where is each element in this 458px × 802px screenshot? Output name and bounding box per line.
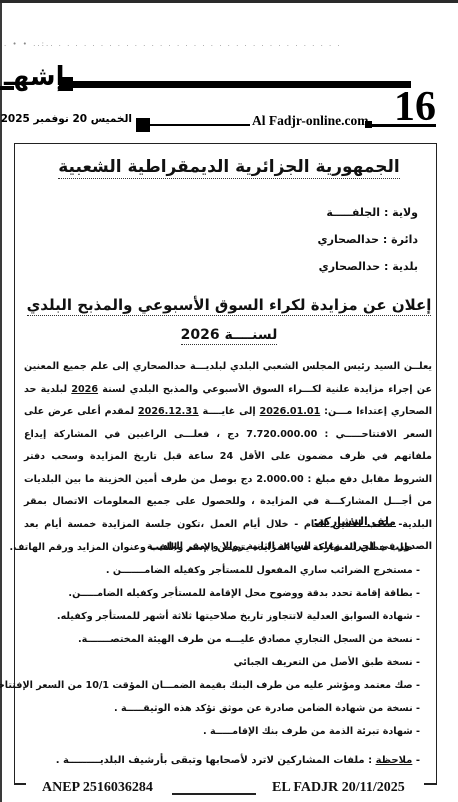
header-rule-bottom — [150, 124, 250, 126]
requirement-item: - مستخرج الضرائب ساري المفعول للمستأجر و… — [60, 559, 420, 582]
requirement-item: - صك معتمد ومؤشر عليه من طرف البنك بقيمة… — [60, 674, 420, 697]
notice-title-text: إعلان عن مزايدة لكراء السوق الأسبوعي وال… — [27, 296, 432, 316]
scan-noise: . • • ..:.. . . . . . . . . . . . . . . … — [4, 40, 384, 48]
admin-label: ولاية : — [384, 206, 418, 219]
requirement-item: - نسخة من شهادة الضامن صادرة عن موثق تؤك… — [60, 697, 420, 720]
notice-year: لسنــــة 2026 — [0, 327, 458, 343]
requirement-item: - طلب خطي للمشاركة في المزايدة يتضمن الإ… — [60, 536, 420, 559]
to-label: إلى غايــــة — [203, 406, 256, 417]
notice-text-2: لمقدم أعلى عرض على السعر الافتتاحـــــي … — [24, 406, 432, 552]
requirement-item: - نسخة من السجل التجاري مصادق عليـــه من… — [60, 628, 420, 651]
header-rule-square-bottom — [136, 118, 150, 132]
admin-value: الجلفـــــة — [326, 206, 380, 219]
republic-title: الجمهورية الجزائرية الديمقراطية الشعبية — [0, 157, 458, 177]
admin-value: حدالصحاري — [318, 233, 380, 246]
newspaper-date-reference: EL FADJR 20/11/2025 — [272, 780, 405, 796]
section-label-underline — [0, 86, 14, 90]
note-label: ملاحظة — [376, 755, 413, 766]
admin-value: حدالصحاري — [319, 260, 381, 273]
header-rule-square-top — [59, 77, 73, 91]
notice-year-underlined: 2026 — [71, 384, 98, 395]
admin-label: بلدية : — [384, 260, 418, 273]
notice-paragraph: يعلــن السيد رئيس المجلس الشعبي البلدي ل… — [24, 356, 432, 559]
note-line: - ملاحظة : ملفات المشاركين لاترد لأصحابه… — [60, 755, 420, 766]
page-number-underline — [370, 124, 436, 127]
scan-top-edge — [0, 0, 458, 3]
notice-year-text: لسنــــة 2026 — [181, 327, 278, 345]
anep-reference: ANEP 2516036284 — [42, 780, 153, 796]
requirement-item: - شهادة السوابق العدلية لاتتجاوز تاريخ ص… — [60, 605, 420, 628]
start-date: 2026.01.01 — [260, 406, 321, 417]
requirements-list: - طلب خطي للمشاركة في المزايدة يتضمن الإ… — [60, 536, 420, 743]
note-dash: - — [412, 755, 420, 766]
republic-title-text: الجمهورية الجزائرية الديمقراطية الشعبية — [58, 157, 400, 179]
ad-footer-divider — [172, 793, 256, 795]
requirement-item: - نسخة طبق الأصل من التعريف الجبائي — [60, 651, 420, 674]
site-url: Al Fadjr-online.com — [252, 113, 368, 129]
requirement-item: - بطاقة إقامة تحدد بدقة ووضوح محل الإقام… — [60, 582, 420, 605]
ad-frame-bottom-right — [424, 783, 437, 785]
notice-body: يعلــن السيد رئيس المجلس الشعبي البلدي ل… — [24, 356, 432, 559]
admin-baladia: بلدية : حدالصحاري — [319, 260, 418, 273]
end-date: 2026.12.31 — [138, 406, 199, 417]
page-number: 16 — [394, 86, 436, 128]
note-text: : ملفات المشاركين لاترد لأصحابها وتبقى ب… — [56, 755, 372, 766]
notice-title: إعلان عن مزايدة لكراء السوق الأسبوعي وال… — [0, 296, 458, 314]
admin-label: دائرة : — [383, 233, 418, 246]
ad-frame-bottom-left — [14, 783, 26, 785]
issue-date: الخميس 20 نوفمبر 2025م ا — [2, 113, 132, 125]
file-heading: ملف المشاركة: — [313, 515, 396, 528]
admin-wilaya: ولاية : الجلفـــــة — [326, 206, 418, 219]
admin-daira: دائرة : حدالصحاري — [318, 233, 418, 246]
header-rule-top — [72, 81, 411, 88]
requirement-item: - شهادة تبرئة الذمة من طرف بنك الإقامـــ… — [60, 720, 420, 743]
